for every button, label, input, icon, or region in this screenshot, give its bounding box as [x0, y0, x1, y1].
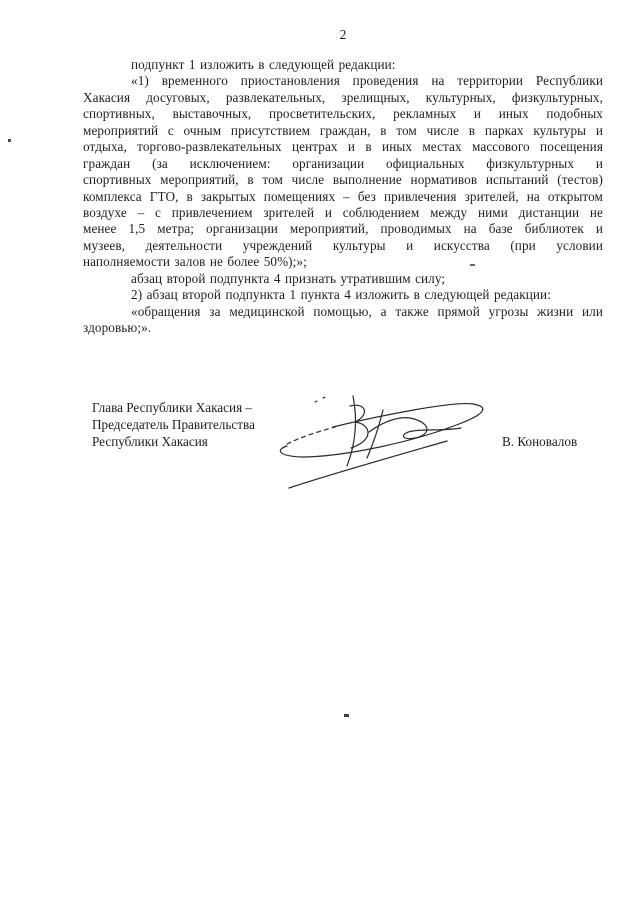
scan-artifact — [470, 264, 475, 266]
handwritten-signature — [263, 390, 495, 498]
text-line: граждан (за исключением: организации офи… — [83, 156, 603, 172]
signatory-name: В. Коновалов — [502, 434, 577, 450]
text-line: абзац второй подпункта 4 признать утрати… — [83, 271, 603, 287]
text-line: здоровью;». — [83, 320, 603, 336]
text-line: наполняемости залов не более 50%);»; — [83, 254, 603, 270]
text-line: менее 1,5 метра; организации мероприятий… — [83, 221, 603, 237]
text-line: отдыха, торгово-развлекательных центрах … — [83, 139, 603, 155]
document-body: подпункт 1 изложить в следующей редакции… — [83, 57, 603, 336]
text-line: мероприятий с очным присутствием граждан… — [83, 123, 603, 139]
text-line: спортивных мероприятий, в том числе выпо… — [83, 172, 603, 188]
scan-artifact — [8, 139, 11, 142]
document-page: 2 подпункт 1 изложить в следующей редакц… — [0, 0, 640, 905]
text-line: Хакасия досуговых, развлекательных, зрел… — [83, 90, 603, 106]
text-line: музеев, деятельности учреждений культуры… — [83, 238, 603, 254]
page-number: 2 — [83, 27, 603, 43]
text-line: 2) абзац второй подпункта 1 пункта 4 изл… — [83, 287, 603, 303]
text-line: воздухе – с привлечением зрителей и собл… — [83, 205, 603, 221]
text-line: комплекса ГТО, в закрытых помещениях – б… — [83, 189, 603, 205]
text-line: спортивных, выставочных, просветительски… — [83, 106, 603, 122]
text-line: «обращения за медицинской помощью, а так… — [83, 304, 603, 320]
text-line: подпункт 1 изложить в следующей редакции… — [83, 57, 603, 73]
text-line: «1) временного приостановления проведени… — [83, 73, 603, 89]
scan-artifact — [344, 714, 349, 717]
